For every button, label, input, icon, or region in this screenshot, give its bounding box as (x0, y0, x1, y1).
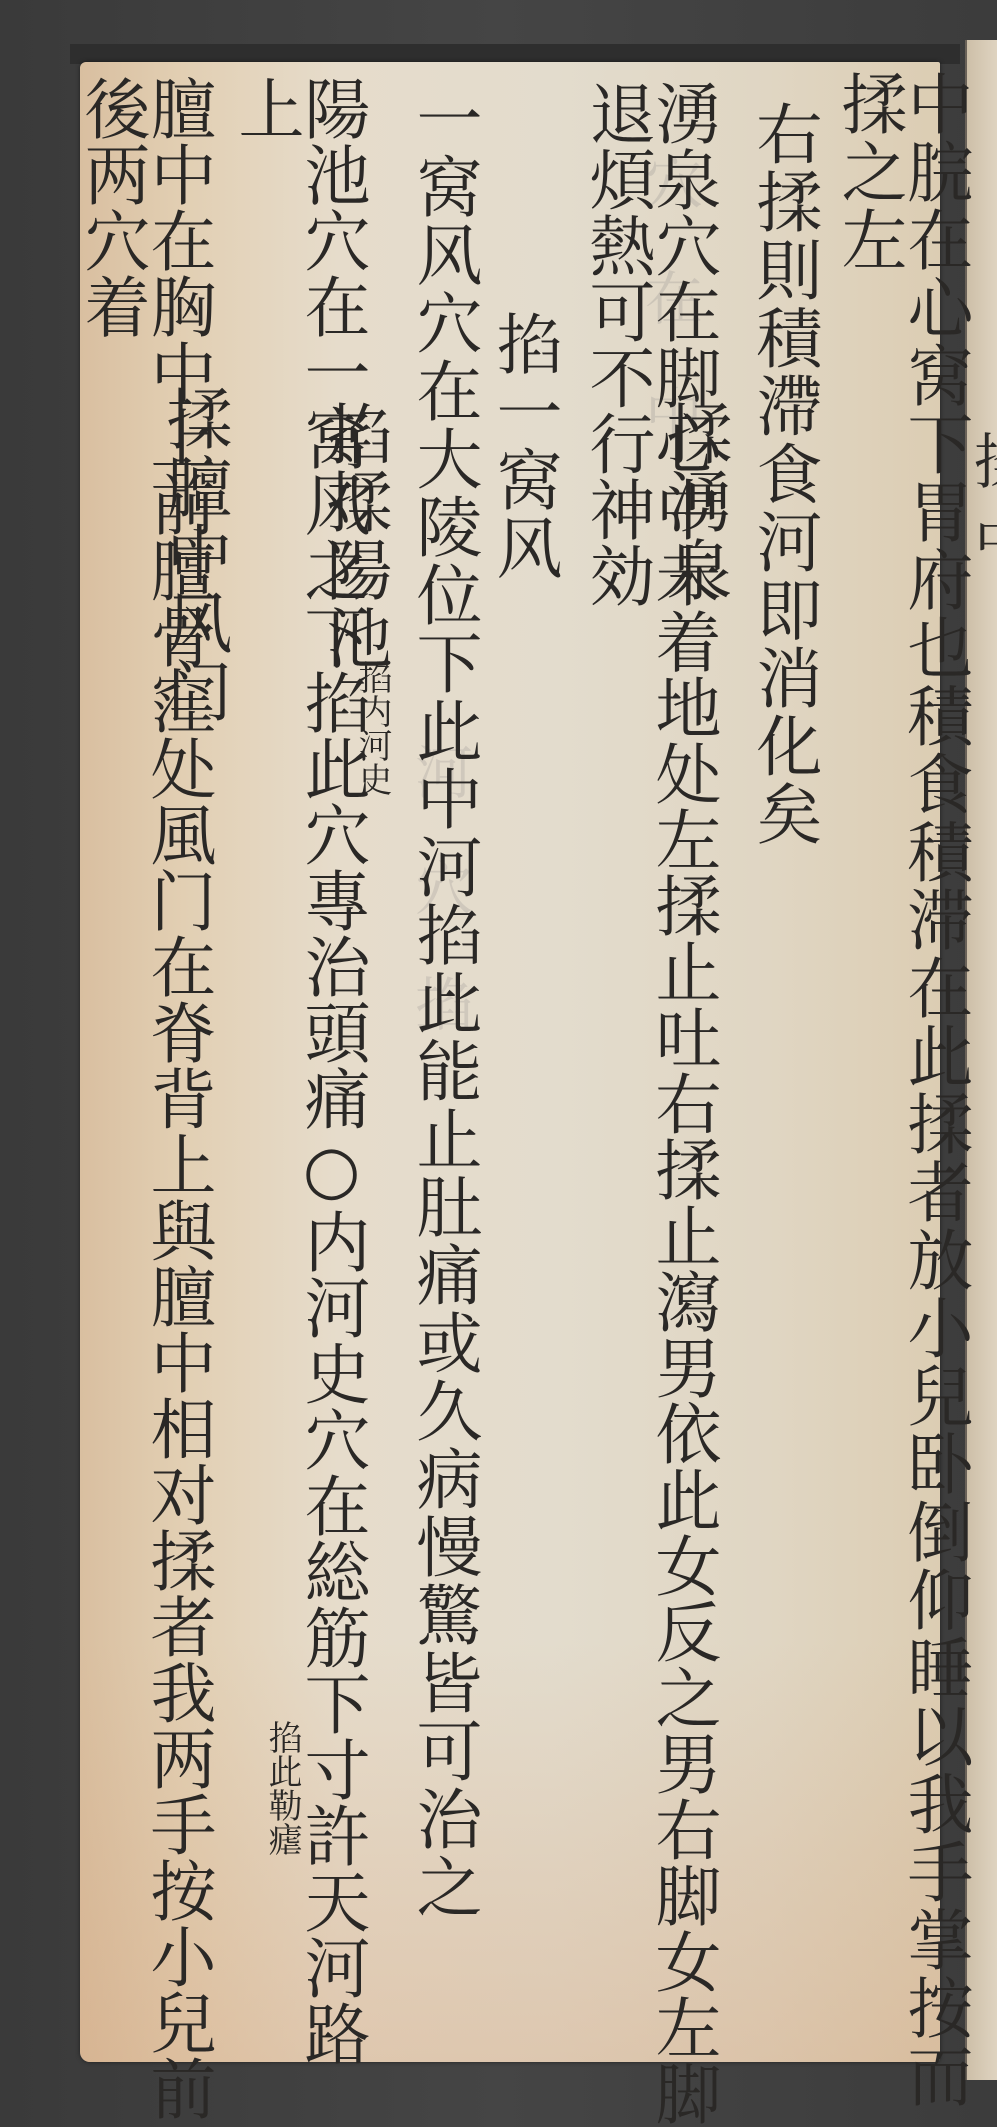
text-column-2: 右揉則積滯食河即消化矣 (750, 100, 816, 848)
section-heading-yiwofeng: 掐一窝风 (490, 310, 556, 582)
annotation-neihe: 掐此勒瘧 (265, 1720, 299, 1856)
adjacent-page-char: 中 (969, 510, 997, 570)
text-column-danzhong: 膻中在胸中上前膻骨窪处風门在脊背上與膻中相对揉者我两手按小兒前後两穴着 (78, 75, 210, 2127)
adjacent-page-char: 揉 (969, 430, 997, 490)
binding-shadow (70, 44, 960, 64)
text-column-1: 中脘在心窝下胃府也積食積滞在此揉者放小兒卧倒仰睡以我手掌按而揉之左 (835, 70, 967, 2127)
text-column-yongquan: 湧泉穴在脚心中未着地处左揉止吐右揉止瀉男依此女反之男右脚女左脚退煩熱可不行神効 (583, 80, 715, 2127)
text-column-yiwofeng: 一窝风穴在大陵位下此中河掐此能止肚痛或久病慢驚皆可治之 (410, 85, 476, 1921)
